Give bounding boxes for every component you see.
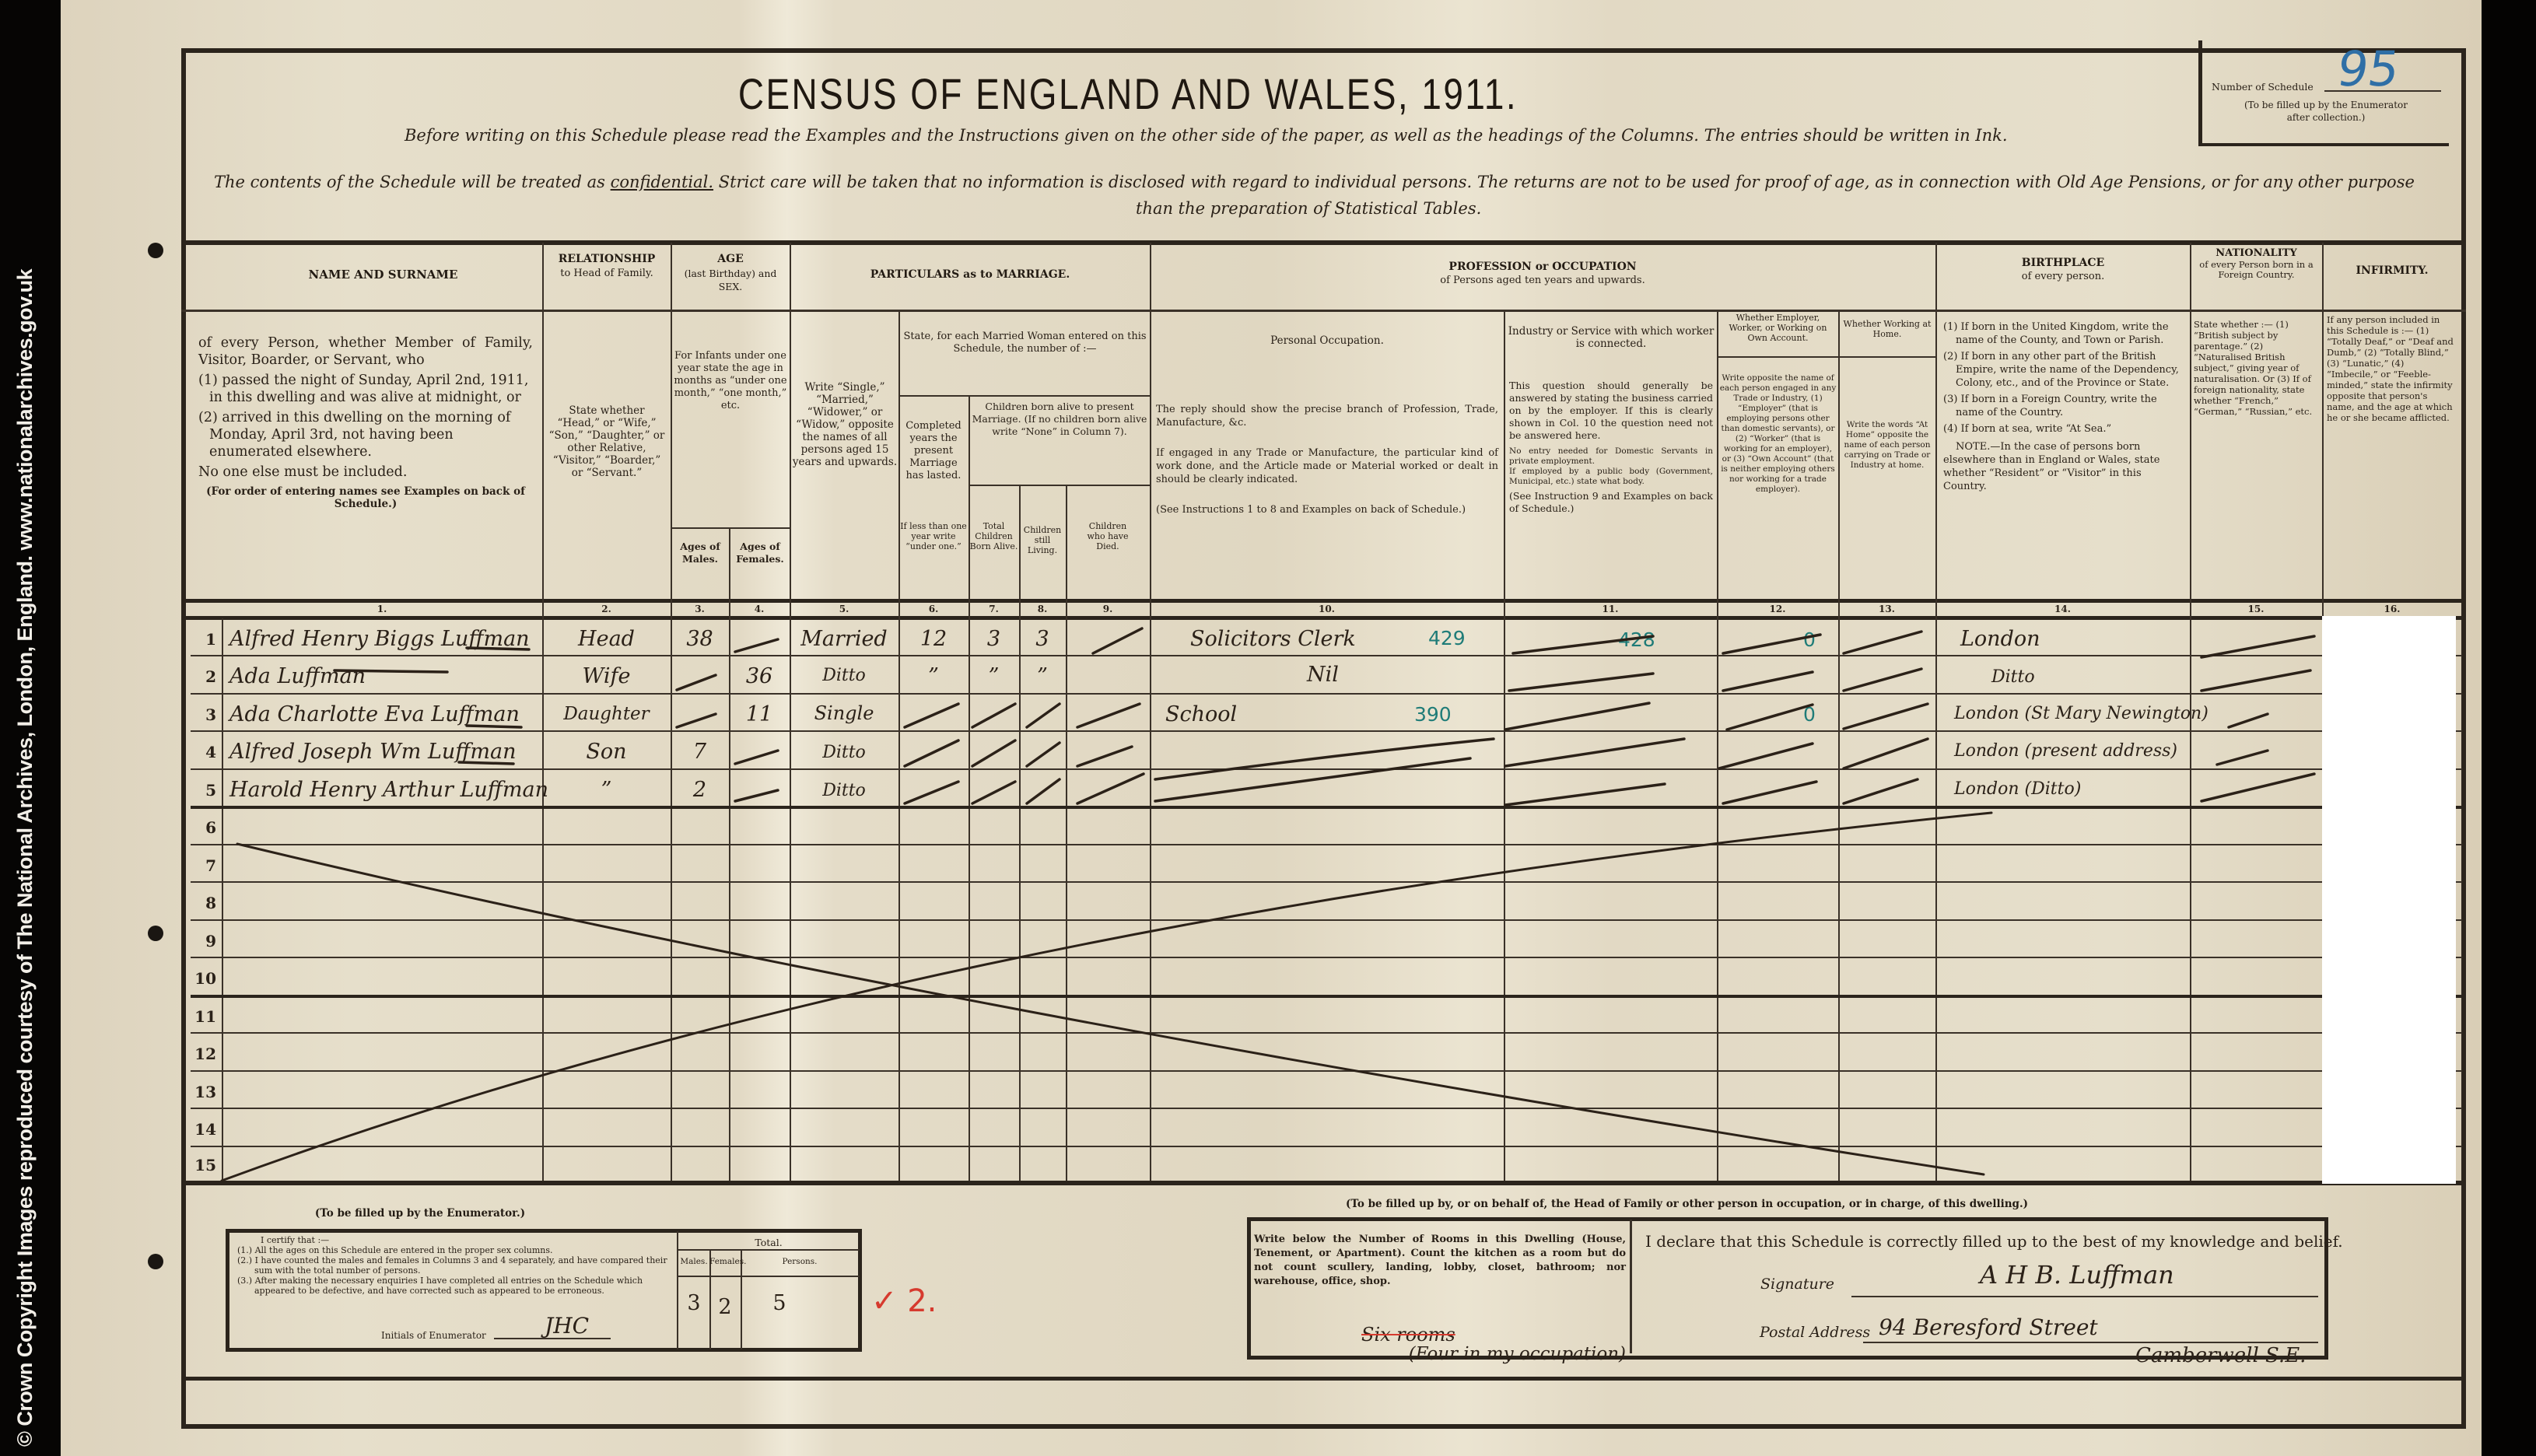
total-rule (678, 1276, 860, 1277)
enumerator-heading: (To be filled up by the Enumerator.) (272, 1207, 568, 1220)
address-line-1-value: 94 Beresford Street (1879, 1314, 2098, 1340)
rooms-value: (Four in my occupation) (1252, 1344, 1626, 1364)
address-line[interactable] (1863, 1342, 2318, 1343)
enumerator-initials-value: JHC (545, 1313, 589, 1339)
bottom-rule (181, 1377, 2466, 1381)
total-rule (678, 1249, 860, 1251)
redacted-infirmity-area (2322, 616, 2456, 1184)
total-females-value: 2 (709, 1295, 741, 1319)
total-persons-value: 5 (741, 1291, 818, 1315)
total-males-value: 3 (678, 1291, 709, 1315)
postal-address-label: Postal Address (1760, 1324, 1870, 1341)
red-check-mark: ✓ 2. (871, 1283, 937, 1319)
enumerator-initials-label: Initials of Enumerator (381, 1330, 486, 1342)
declaration-text: I declare that this Schedule is correctl… (1645, 1233, 2343, 1251)
enumerator-certification: I certify that :— (1.) All the ages on t… (237, 1235, 673, 1296)
males-label: Males. (678, 1256, 709, 1268)
householder-heading: (To be filled up by, or on behalf of, th… (1346, 1198, 2028, 1211)
signature-label: Signature (1760, 1276, 1834, 1293)
total-label: Total. (678, 1237, 859, 1248)
rooms-divider (1630, 1220, 1632, 1353)
signature-value: A H B. Luffman (1980, 1260, 2174, 1290)
females-label: Females. (709, 1256, 741, 1268)
signature-line[interactable] (1851, 1296, 2318, 1297)
persons-label: Persons. (741, 1256, 859, 1268)
address-line-2-value: Camberwell S.E. (2135, 1344, 2306, 1367)
rooms-instruction: Write below the Number of Rooms in this … (1254, 1233, 1626, 1289)
rooms-struck-value: Six rooms (1361, 1324, 1455, 1346)
